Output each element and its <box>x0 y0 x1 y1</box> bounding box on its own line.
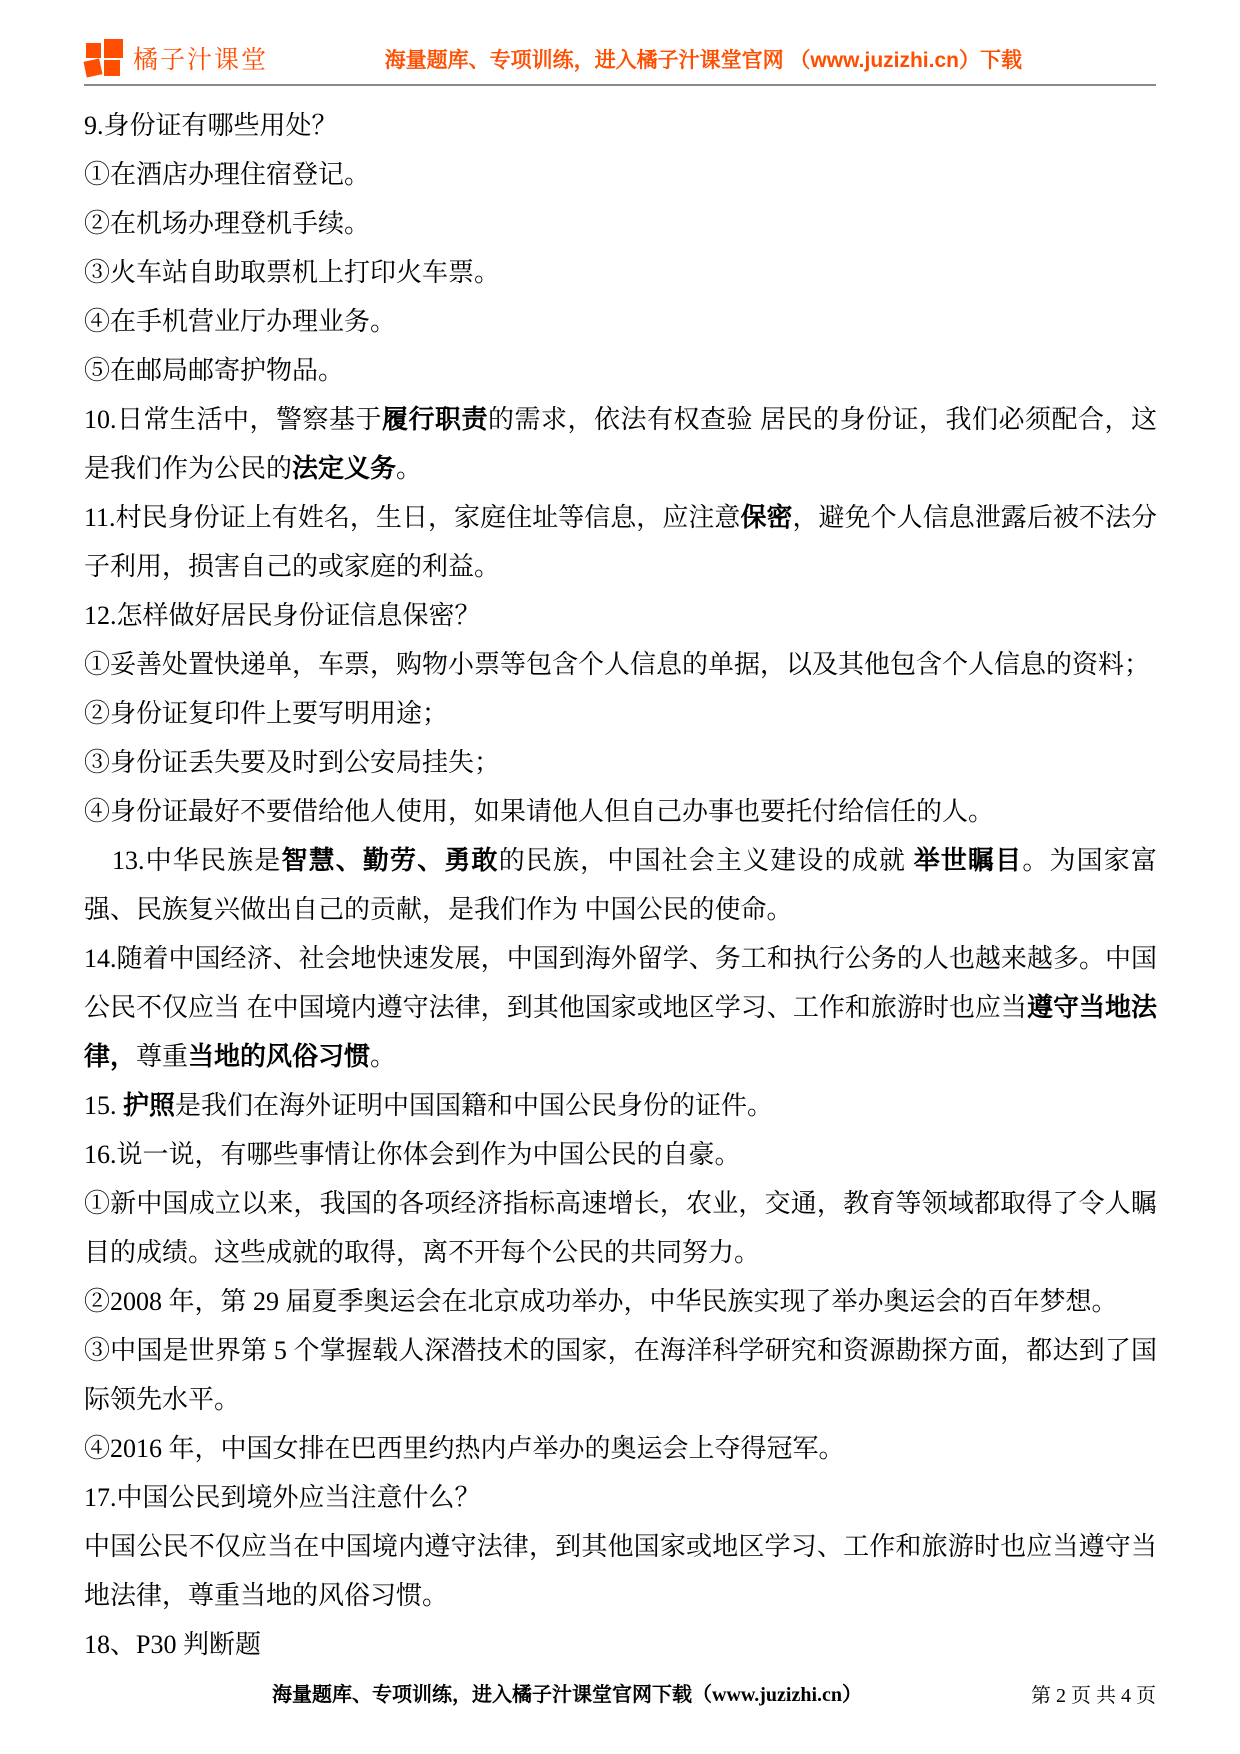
text-run: ③中国是世界第 5 个掌握载人深潜技术的国家，在海洋科学研究和资源勘探方面，都达… <box>84 1336 1157 1414</box>
footer-promo-text: 海量题库、专项训练，进入橘子汁课堂官网下载（www.juzizhi.cn） <box>272 1678 862 1707</box>
text-run: 15. <box>84 1091 123 1120</box>
text-run: 。 <box>396 454 422 483</box>
text-run: ②身份证复印件上要写明用途； <box>84 699 448 728</box>
header-promo-text: 海量题库、专项训练，进入橘子汁课堂官网 （www.juzizhi.cn）下载 <box>385 44 1022 74</box>
brand-name: 橘子汁课堂 <box>133 40 268 76</box>
paragraph: ④2016 年，中国女排在巴西里约热内卢举办的奥运会上夺得冠军。 <box>84 1424 1157 1473</box>
logo-square <box>104 39 123 58</box>
paragraph: 15. 护照是我们在海外证明中国国籍和中国公民身份的证件。 <box>84 1081 1157 1130</box>
paragraph: ②身份证复印件上要写明用途； <box>84 689 1157 738</box>
page-number-indicator: 第 2 页 共 4 页 <box>1031 1679 1156 1708</box>
text-run: 中国公民不仅应当在中国境内遵守法律，到其他国家或地区学习、工作和旅游时也应当遵守… <box>84 1532 1157 1610</box>
text-run: 9.身份证有哪些用处？ <box>84 111 338 140</box>
emphasized-text: 法定义务 <box>292 454 396 483</box>
emphasized-text: 智慧、勤劳、勇敢 <box>281 846 498 875</box>
text-run: ③身份证丢失要及时到公安局挂失； <box>84 748 500 777</box>
paragraph: ①妥善处置快递单，车票，购物小票等包含个人信息的单据，以及其他包含个人信息的资料… <box>84 640 1157 689</box>
paragraph: ①在酒店办理住宿登记。 <box>84 150 1157 199</box>
text-run: ④2016 年，中国女排在巴西里约热内卢举办的奥运会上夺得冠军。 <box>84 1434 845 1463</box>
text-run: 是我们在海外证明中国国籍和中国公民身份的证件。 <box>175 1091 773 1120</box>
text-run: ②在机场办理登机手续。 <box>84 209 370 238</box>
text-run: ③火车站自助取票机上打印火车票。 <box>84 258 500 287</box>
paragraph: 中国公民不仅应当在中国境内遵守法律，到其他国家或地区学习、工作和旅游时也应当遵守… <box>84 1522 1157 1620</box>
logo-square <box>84 59 103 78</box>
text-run: 14.随着中国经济、社会地快速发展，中国到海外留学、务工和执行公务的人也越来越多… <box>84 944 1157 1022</box>
text-run: ⑤在邮局邮寄护物品。 <box>84 356 344 385</box>
header-divider <box>84 84 1156 86</box>
paragraph: ③火车站自助取票机上打印火车票。 <box>84 248 1157 297</box>
paragraph: 16.说一说，有哪些事情让你体会到作为中国公民的自豪。 <box>84 1130 1157 1179</box>
page-header: 橘子汁课堂 海量题库、专项训练，进入橘子汁课堂官网 （www.juzizhi.c… <box>0 0 1240 86</box>
text-run: 13.中华民族是 <box>112 846 281 875</box>
emphasized-text: 保密 <box>740 503 792 532</box>
paragraph: 13.中华民族是智慧、勤劳、勇敢的民族，中国社会主义建设的成就 举世瞩目。为国家… <box>84 836 1157 934</box>
brand-logo: 橘子汁课堂 <box>85 36 268 80</box>
text-run: 的民族，中国社会主义建设的成就 <box>499 846 914 875</box>
paragraph: ①新中国成立以来，我国的各项经济指标高速增长，农业，交通，教育等领域都取得了令人… <box>84 1179 1157 1277</box>
emphasized-text: 举世瞩目 <box>914 846 1023 875</box>
logo-square <box>104 60 120 76</box>
text-run: 18、P30 判断题 <box>84 1630 261 1659</box>
text-run: 11.村民身份证上有姓名，生日，家庭住址等信息，应注意 <box>84 503 740 532</box>
text-run: 16.说一说，有哪些事情让你体会到作为中国公民的自豪。 <box>84 1140 741 1169</box>
paragraph: ②在机场办理登机手续。 <box>84 199 1157 248</box>
text-run: 17.中国公民到境外应当注意什么？ <box>84 1483 481 1512</box>
text-run: 10.日常生活中，警察基于 <box>84 405 382 434</box>
text-run: 12.怎样做好居民身份证信息保密？ <box>84 601 481 630</box>
text-run: 尊重 <box>136 1042 188 1071</box>
document-page: 橘子汁课堂 海量题库、专项训练，进入橘子汁课堂官网 （www.juzizhi.c… <box>0 0 1240 1754</box>
text-run: ④身份证最好不要借给他人使用，如果请他人但自己办事也要托付给信任的人。 <box>84 797 994 826</box>
text-run: ①妥善处置快递单，车票，购物小票等包含个人信息的单据，以及其他包含个人信息的资料… <box>84 650 1150 679</box>
paragraph: 14.随着中国经济、社会地快速发展，中国到海外留学、务工和执行公务的人也越来越多… <box>84 934 1157 1081</box>
text-run: ①在酒店办理住宿登记。 <box>84 160 370 189</box>
paragraph: 11.村民身份证上有姓名，生日，家庭住址等信息，应注意保密，避免个人信息泄露后被… <box>84 493 1157 591</box>
logo-square <box>86 43 101 58</box>
text-run: ①新中国成立以来，我国的各项经济指标高速增长，农业，交通，教育等领域都取得了令人… <box>84 1189 1157 1267</box>
paragraph: ③身份证丢失要及时到公安局挂失； <box>84 738 1157 787</box>
text-run: ④在手机营业厅办理业务。 <box>84 307 396 336</box>
paragraph: 18、P30 判断题 <box>84 1620 1157 1669</box>
emphasized-text: 护照 <box>123 1091 175 1120</box>
orange-squares-logo-icon <box>85 38 125 78</box>
document-body: 9.身份证有哪些用处？①在酒店办理住宿登记。②在机场办理登机手续。③火车站自助取… <box>84 101 1157 1669</box>
paragraph: 10.日常生活中，警察基于履行职责的需求，依法有权查验 居民的身份证，我们必须配… <box>84 395 1157 493</box>
paragraph: 9.身份证有哪些用处？ <box>84 101 1157 150</box>
paragraph: ③中国是世界第 5 个掌握载人深潜技术的国家，在海洋科学研究和资源勘探方面，都达… <box>84 1326 1157 1424</box>
emphasized-text: 当地的风俗习惯 <box>188 1042 370 1071</box>
page-footer: 海量题库、专项训练，进入橘子汁课堂官网下载（www.juzizhi.cn） 第 … <box>0 1678 1240 1718</box>
text-run: 。 <box>370 1042 396 1071</box>
paragraph: ④身份证最好不要借给他人使用，如果请他人但自己办事也要托付给信任的人。 <box>84 787 1157 836</box>
paragraph: 12.怎样做好居民身份证信息保密？ <box>84 591 1157 640</box>
emphasized-text: 履行职责 <box>382 405 488 434</box>
paragraph: ⑤在邮局邮寄护物品。 <box>84 346 1157 395</box>
paragraph: 17.中国公民到境外应当注意什么？ <box>84 1473 1157 1522</box>
paragraph: ④在手机营业厅办理业务。 <box>84 297 1157 346</box>
text-run: ②2008 年，第 29 届夏季奥运会在北京成功举办，中华民族实现了举办奥运会的… <box>84 1287 1118 1316</box>
paragraph: ②2008 年，第 29 届夏季奥运会在北京成功举办，中华民族实现了举办奥运会的… <box>84 1277 1157 1326</box>
